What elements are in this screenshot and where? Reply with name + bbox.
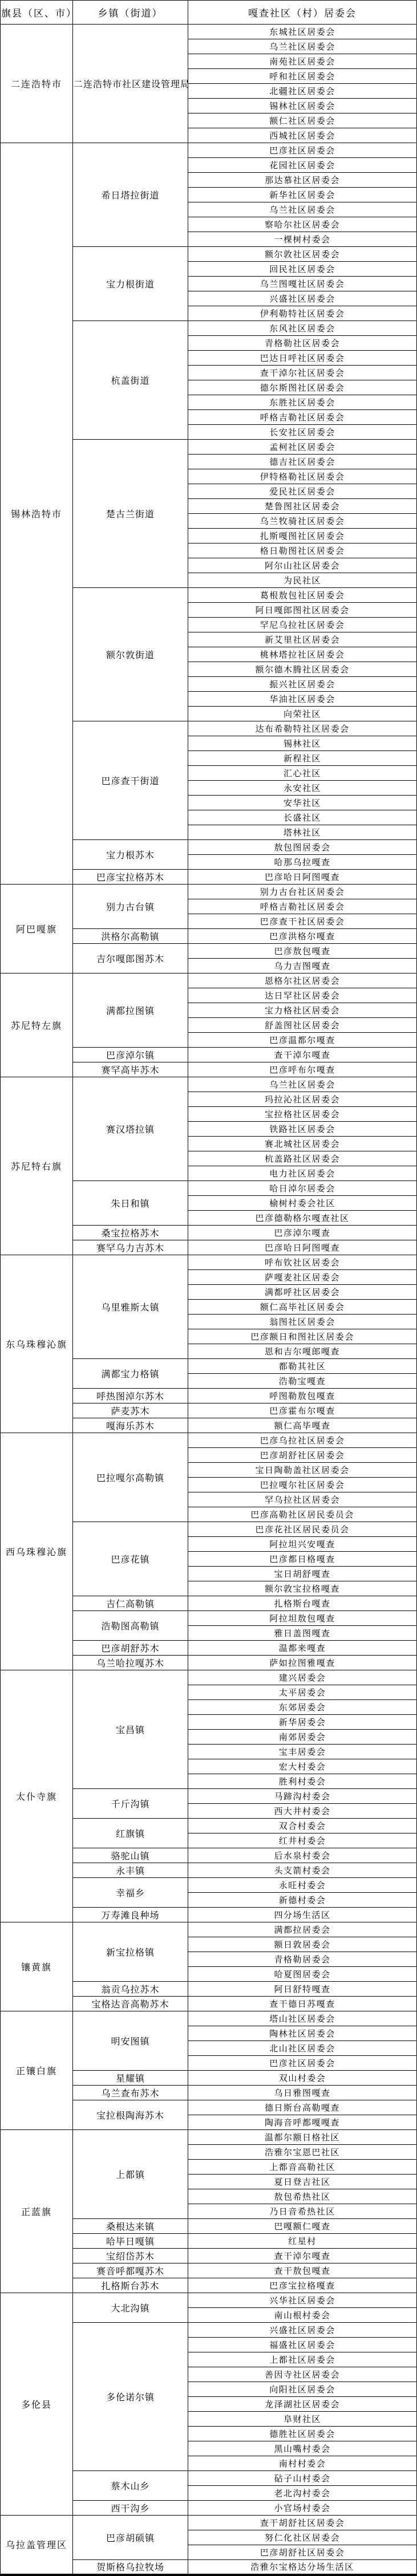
county-cell: 乌拉盖管理区: [1, 2516, 73, 2575]
township-cell: 乌兰哈拉嘎苏木: [73, 1656, 188, 1670]
community-cell: 阿日嘎郎图社区居委会: [188, 603, 417, 618]
county-cell: 阿巴嘎旗: [1, 885, 73, 973]
table-row: 苏尼特右旗赛汉塔拉镇乌兰社区居委会: [1, 1077, 417, 1092]
township-cell: 巴彦胡舒苏木: [73, 1641, 188, 1656]
community-cell: 锡林社区: [188, 736, 417, 751]
community-cell: 福盛社区居委会: [188, 2338, 417, 2352]
township-cell: 额尔敦街道: [73, 588, 188, 721]
community-cell: 巴嘎额仁嘎查: [188, 2219, 417, 2234]
community-cell: 向荣社区: [188, 707, 417, 721]
township-cell: 呼热图淖尔苏木: [73, 1389, 188, 1403]
community-cell: 巴彦敖包嘎查: [188, 944, 417, 959]
community-cell: 兴盛社区居委会: [188, 2323, 417, 2338]
community-cell: 巴彦德勒格尔嘎查社区: [188, 1211, 417, 1226]
table-body: 二连浩特市二连浩特市社区建设管理局东城社区居委会乌兰社区居委会南苑社区居委会呼和…: [1, 25, 417, 2575]
community-cell: 查干淖尔社区居委会: [188, 366, 417, 380]
community-cell: 伊利勒特社区居委会: [188, 306, 417, 321]
community-cell: 南村村委会: [188, 2456, 417, 2471]
community-cell: 巴彦胡舒社区居委会: [188, 1448, 417, 1463]
township-cell: 朱日和镇: [73, 1181, 188, 1226]
community-cell: 宝日胡舒嘎查: [188, 1567, 417, 1581]
township-cell: 巴彦宝拉格苏木: [73, 870, 188, 885]
community-cell: 查干胡舒社区居委会: [188, 2516, 417, 2530]
community-cell: 萨如拉图雅嘎查: [188, 1656, 417, 1670]
community-cell: 扎斯嘎图社区居委会: [188, 529, 417, 543]
community-cell: 乌兰社区居委会: [188, 1077, 417, 1092]
community-cell: 舒盖图社区居委会: [188, 1018, 417, 1033]
county-cell: 东乌珠穆沁旗: [1, 1255, 73, 1433]
community-cell: 塔林社区: [188, 825, 417, 840]
table-row: 二连浩特市二连浩特市社区建设管理局东城社区居委会: [1, 25, 417, 39]
community-cell: 乃日音希热社区: [188, 2204, 417, 2219]
community-cell: 巴彦温都尔嘎查: [188, 1033, 417, 1048]
township-cell: 宝力根街道: [73, 247, 188, 321]
township-cell: 二连浩特市社区建设管理局: [73, 25, 188, 143]
community-cell: 安华社区: [188, 796, 417, 810]
township-cell: 大北沟镇: [73, 2293, 188, 2323]
community-cell: 巴彦呼布尔嘎查: [188, 1062, 417, 1077]
township-cell: 巴彦淖尔镇: [73, 1048, 188, 1062]
community-cell: 浩勒宝嘎查: [188, 1374, 417, 1389]
table-row: 太仆寺旗宝昌镇建兴居委会: [1, 1670, 417, 1685]
table-header: 旗县（区、市） 乡镇（街道） 嘎查社区（村）居委会: [1, 1, 417, 25]
community-cell: 巴拉嘎尔社区居委会: [188, 1478, 417, 1492]
community-cell: 榆树村委会社区: [188, 1196, 417, 1211]
township-cell: 红旗镇: [73, 1819, 188, 1848]
township-cell: 宝昌镇: [73, 1670, 188, 1789]
community-cell: 翁图社区居委会: [188, 1315, 417, 1329]
community-cell: 浩雅尔宝格达分场生活区: [188, 2560, 417, 2575]
community-cell: 陶海音呼都嘎嘎查: [188, 2115, 417, 2130]
community-cell: 巴彦胡舒社区居委会: [188, 2545, 417, 2560]
county-cell: 镶黄旗: [1, 1922, 73, 2011]
table-row: 锡林浩特市希日塔拉街道巴彦社区居委会: [1, 143, 417, 158]
community-cell: 龙泽湖社区居委会: [188, 2397, 417, 2412]
community-cell: 永安社区: [188, 781, 417, 796]
header-row: 旗县（区、市） 乡镇（街道） 嘎查社区（村）居委会: [1, 1, 417, 25]
township-cell: 乌兰查布苏木: [73, 2086, 188, 2100]
community-cell: 南山根村委会: [188, 2308, 417, 2323]
community-cell: 乌兰社区居委会: [188, 39, 417, 54]
community-cell: 楚鲁图社区居委会: [188, 499, 417, 514]
township-cell: 吉仁高勒镇: [73, 1596, 188, 1611]
community-cell: 新程社区: [188, 751, 417, 766]
community-cell: 红井村委会: [188, 1833, 417, 1848]
township-cell: 贺斯格乌拉牧场: [73, 2560, 188, 2575]
community-cell: 呼和社区居委会: [188, 69, 417, 84]
township-cell: 希日塔拉街道: [73, 143, 188, 247]
table-row: 多伦县大北沟镇兴华社区居委会: [1, 2293, 417, 2308]
community-cell: 小官场村委会: [188, 2501, 417, 2516]
township-cell: 赛罕乌力吉苏木: [73, 1240, 188, 1255]
community-cell: 查干敖包嘎查: [188, 2263, 417, 2278]
community-cell: 东风社区居委会: [188, 321, 417, 336]
community-cell: 头支箭村委会: [188, 1863, 417, 1878]
community-cell: 青格勒居委会: [188, 1952, 417, 1967]
community-cell: 北山社区居委会: [188, 2041, 417, 2056]
community-cell: 上都音高勒社区: [188, 2160, 417, 2175]
township-cell: 巴彦胡硕镇: [73, 2516, 188, 2560]
community-cell: 向阳社区居委会: [188, 2382, 417, 2397]
community-cell: 葛根敖包社区居委会: [188, 588, 417, 603]
community-cell: 西大井村委会: [188, 1804, 417, 1819]
page: 旗县（区、市） 乡镇（街道） 嘎查社区（村）居委会 二连浩特市二连浩特市社区建设…: [0, 0, 417, 2576]
community-cell: 桃林塔拉社区居委会: [188, 647, 417, 662]
community-cell: 巴彦宝拉格嘎查: [188, 2278, 417, 2293]
community-cell: 巴彦花社区居民委员会: [188, 1522, 417, 1537]
township-cell: 巴彦查干街道: [73, 721, 188, 840]
community-cell: 乌兰社区居委会: [188, 202, 417, 217]
community-cell: 黑山嘴村委会: [188, 2441, 417, 2456]
community-cell: 兴盛社区居委会: [188, 291, 417, 306]
county-cell: 多伦县: [1, 2293, 73, 2516]
community-cell: 巴彦社区居委会: [188, 2056, 417, 2071]
community-cell: 兴华社区居委会: [188, 2293, 417, 2308]
community-cell: 伊特格勒社区居委会: [188, 469, 417, 484]
community-cell: 新德村委会: [188, 1893, 417, 1908]
community-cell: 宝日陶勒盖社区居委会: [188, 1463, 417, 1478]
community-cell: 哈夏图居委会: [188, 1967, 417, 1982]
township-cell: 乌里雅斯太镇: [73, 1255, 188, 1359]
community-cell: 德胜社区居委会: [188, 2427, 417, 2441]
community-cell: 陶林社区居委会: [188, 2026, 417, 2041]
header-county: 旗县（区、市）: [1, 1, 73, 25]
township-cell: 赛音呼都嘎苏木: [73, 2263, 188, 2278]
community-cell: 回民社区居委会: [188, 262, 417, 277]
community-cell: 锡林社区居委会: [188, 99, 417, 113]
community-cell: 杭盖路社区居委会: [188, 1151, 417, 1166]
township-cell: 永丰镇: [73, 1863, 188, 1878]
community-cell: 老北沟村委会: [188, 2486, 417, 2501]
community-cell: 马蹄沟村委会: [188, 1789, 417, 1804]
township-cell: 宝绍岱苏木: [73, 2249, 188, 2263]
table-row: 阿巴嘎旗别力古台镇别力古台社区居委会: [1, 885, 417, 899]
county-cell: 正镶白旗: [1, 2011, 73, 2130]
community-cell: 玛拉沁社区居委会: [188, 1092, 417, 1107]
community-cell: 满都拉居委会: [188, 1922, 417, 1937]
community-cell: 额日敦居委会: [188, 1937, 417, 1952]
community-cell: 阜财社区: [188, 2412, 417, 2427]
community-cell: 雅日盖图嘎查: [188, 1626, 417, 1641]
community-cell: 宝丰居委会: [188, 1745, 417, 1759]
county-cell: 苏尼特左旗: [1, 973, 73, 1077]
community-cell: 四分场生活区: [188, 1908, 417, 1922]
community-cell: 上都社区居委会: [188, 2352, 417, 2367]
community-cell: 爱民社区居委会: [188, 484, 417, 499]
community-cell: 赛北城社区居委会: [188, 1137, 417, 1151]
township-cell: 别力古台镇: [73, 885, 188, 929]
township-cell: 赛汉塔拉镇: [73, 1077, 188, 1181]
township-cell: 赛罕高毕苏木: [73, 1062, 188, 1077]
community-cell: 乌力吉图嘎查: [188, 959, 417, 973]
community-cell: 胜利村委会: [188, 1774, 417, 1789]
table-row: 镶黄旗新宝拉格镇满都拉居委会: [1, 1922, 417, 1937]
township-cell: 千斤沟镇: [73, 1789, 188, 1819]
township-cell: 上都镇: [73, 2130, 188, 2219]
community-cell: 巴彦哈日阿图嘎查: [188, 1240, 417, 1255]
township-cell: 哈毕日嘎镇: [73, 2234, 188, 2249]
township-cell: 蔡木山乡: [73, 2471, 188, 2501]
community-cell: 东郊居委会: [188, 1700, 417, 1715]
community-cell: 额尔德木腾社区居委会: [188, 662, 417, 677]
township-cell: 明安图镇: [73, 2011, 188, 2071]
community-cell: 汇心社区: [188, 766, 417, 781]
community-cell: 额仁社区居委会: [188, 113, 417, 128]
community-cell: 那达慕社区居委会: [188, 173, 417, 188]
community-cell: 恩和吉尔嘎郎嘎查: [188, 1344, 417, 1359]
community-cell: 宏大村委会: [188, 1759, 417, 1774]
community-cell: 敖包图居委会: [188, 840, 417, 855]
community-cell: 巴达日呼社区居委会: [188, 351, 417, 366]
community-cell: 温都来嘎查: [188, 1641, 417, 1656]
community-cell: 巴彦查干社区居委会: [188, 914, 417, 929]
community-cell: 呼格吉勒社区居委会: [188, 410, 417, 425]
community-cell: 浩雅尔宝恩巴社区: [188, 2145, 417, 2160]
community-cell: 太平居委会: [188, 1685, 417, 1700]
community-cell: 额仁高毕社区居委会: [188, 1300, 417, 1315]
community-cell: 长安社区居委会: [188, 425, 417, 440]
community-cell: 都勒其社区: [188, 1359, 417, 1374]
community-cell: 罕乌拉社区居委会: [188, 1492, 417, 1507]
community-cell: 孟柯社区居委会: [188, 440, 417, 455]
community-cell: 长盛社区: [188, 810, 417, 825]
community-cell: 达日罕社区居委会: [188, 988, 417, 1003]
table-row: 苏尼特左旗满都拉图镇恩格尔社区居委会: [1, 973, 417, 988]
community-cell: 巴彦淖尔嘎查: [188, 1226, 417, 1240]
township-cell: 桑宝拉格苏木: [73, 1226, 188, 1240]
community-cell: 花园社区居委会: [188, 158, 417, 173]
community-cell: 额尔敦宝拉格嘎查: [188, 1581, 417, 1596]
community-cell: 后水泉村委会: [188, 1848, 417, 1863]
township-cell: 扎格斯台苏木: [73, 2278, 188, 2293]
township-cell: 嘎海乐苏木: [73, 1418, 188, 1433]
community-cell: 巴彦额日和图社区居委会: [188, 1329, 417, 1344]
header-township: 乡镇（街道）: [73, 1, 188, 25]
table-row: 正蓝旗上都镇温都尔额日格社区: [1, 2130, 417, 2145]
community-cell: 乌兰图嘎社区居委会: [188, 277, 417, 291]
community-cell: 一棵树村委会: [188, 232, 417, 247]
county-cell: 锡林浩特市: [1, 143, 73, 885]
community-cell: 温都尔额日格社区: [188, 2130, 417, 2145]
community-cell: 德日斯台高勒嘎查: [188, 2100, 417, 2115]
township-cell: 宝力根苏木: [73, 840, 188, 870]
community-cell: 察哈尔社区居委会: [188, 217, 417, 232]
community-cell: 夏日登吉社区: [188, 2175, 417, 2189]
community-cell: 双合村委会: [188, 1819, 417, 1833]
community-cell: 哈日淖尔居委会: [188, 1181, 417, 1196]
township-cell: 西干沟乡: [73, 2501, 188, 2516]
community-cell: 华油社区居委会: [188, 692, 417, 707]
county-cell: 正蓝旗: [1, 2130, 73, 2293]
community-cell: 努仁化社区居委会: [188, 2530, 417, 2545]
township-cell: 新宝拉格镇: [73, 1922, 188, 1982]
community-cell: 达布希勒特社区居委会: [188, 721, 417, 736]
township-cell: 满都拉图镇: [73, 973, 188, 1048]
township-cell: 巴拉嘎尔高勒镇: [73, 1433, 188, 1522]
community-cell: 查干淖尔嘎查: [188, 1048, 417, 1062]
community-cell: 乌兰牧骑社区居委会: [188, 514, 417, 529]
table-row: 西乌珠穆沁旗巴拉嘎尔高勒镇巴彦乌拉社区居委会: [1, 1433, 417, 1448]
community-cell: 红星村: [188, 2234, 417, 2249]
community-cell: 宝拉格社区居委会: [188, 1107, 417, 1122]
community-cell: 哈那乌拉嘎查: [188, 855, 417, 870]
community-cell: 塔山社区居委会: [188, 2011, 417, 2026]
community-cell: 东胜社区居委会: [188, 395, 417, 410]
community-cell: 查干德日苏嘎查: [188, 1997, 417, 2011]
community-cell: 建兴居委会: [188, 1670, 417, 1685]
community-cell: 德尔斯图社区居委会: [188, 380, 417, 395]
community-cell: 德吉社区居委会: [188, 455, 417, 469]
community-cell: 宝力格社区居委会: [188, 1003, 417, 1018]
community-cell: 青格勒社区居委会: [188, 336, 417, 351]
township-cell: 骆驼山镇: [73, 1848, 188, 1863]
township-cell: 多伦诺尔镇: [73, 2323, 188, 2471]
community-cell: 萨嘎麦社区居委会: [188, 1270, 417, 1285]
community-cell: 乌日雅图嘎查: [188, 2086, 417, 2100]
community-cell: 阿拉坦兴安嘎查: [188, 1537, 417, 1552]
community-cell: 别力古台社区居委会: [188, 885, 417, 899]
community-cell: 阿尔山社区居委会: [188, 558, 417, 573]
township-cell: 幸福乡: [73, 1878, 188, 1908]
community-cell: 额尔敦社区居委会: [188, 247, 417, 262]
township-cell: 翁贡乌拉苏木: [73, 1982, 188, 1997]
table-row: 东乌珠穆沁旗乌里雅斯太镇呼布钦社区居委会: [1, 1255, 417, 1270]
community-cell: 永旺村委会: [188, 1878, 417, 1893]
community-cell: 巴彦社区居委会: [188, 143, 417, 158]
township-cell: 楚古兰街道: [73, 440, 188, 588]
community-cell: 巴彦乌拉社区居委会: [188, 1433, 417, 1448]
table-row: 乌拉盖管理区巴彦胡硕镇查干胡舒社区居委会: [1, 2516, 417, 2530]
township-cell: 洪格尔高勒镇: [73, 929, 188, 944]
community-cell: 为民社区: [188, 573, 417, 588]
community-cell: 巴彦洪格尔嘎查: [188, 929, 417, 944]
community-cell: 格日勒图社区居委会: [188, 543, 417, 558]
community-cell: 新华社区居委会: [188, 188, 417, 202]
township-cell: 吉尔嘎郎图苏木: [73, 944, 188, 973]
community-cell: 善因寺社区居委会: [188, 2367, 417, 2382]
table-row: 正镶白旗明安图镇塔山社区居委会: [1, 2011, 417, 2026]
community-cell: 呼图勒敖包嘎查: [188, 1389, 417, 1403]
township-cell: 宝拉根陶海苏木: [73, 2100, 188, 2130]
community-cell: 阿拉坦敖包嘎查: [188, 1611, 417, 1626]
township-cell: 萨麦苏木: [73, 1403, 188, 1418]
community-cell: 呼布钦社区居委会: [188, 1255, 417, 1270]
county-cell: 西乌珠穆沁旗: [1, 1433, 73, 1670]
community-cell: 南郊居委会: [188, 1730, 417, 1745]
community-cell: 双山村委会: [188, 2071, 417, 2086]
township-cell: 桑根达来镇: [73, 2219, 188, 2234]
community-cell: 罕尼乌拉社区居委会: [188, 618, 417, 632]
county-cell: 太仆寺旗: [1, 1670, 73, 1922]
community-cell: 巴彦都日格嘎查: [188, 1552, 417, 1567]
county-cell: 苏尼特右旗: [1, 1077, 73, 1255]
community-cell: 砧子山村委会: [188, 2471, 417, 2486]
community-cell: 恩格尔社区居委会: [188, 973, 417, 988]
community-cell: 东城社区居委会: [188, 25, 417, 39]
township-cell: 浩勒图高勒镇: [73, 1611, 188, 1641]
township-cell: 万寿滩良种场: [73, 1908, 188, 1922]
township-cell: 星耀镇: [73, 2071, 188, 2086]
community-cell: 新艾里社区居委会: [188, 632, 417, 647]
community-cell: 阿日舒特嘎查: [188, 1982, 417, 1997]
county-cell: 二连浩特市: [1, 25, 73, 143]
admin-divisions-table: 旗县（区、市） 乡镇（街道） 嘎查社区（村）居委会 二连浩特市二连浩特市社区建设…: [0, 0, 417, 2576]
header-community: 嘎查社区（村）居委会: [188, 1, 417, 25]
community-cell: 呼格吉勒社区居委会: [188, 899, 417, 914]
community-cell: 电力社区居委会: [188, 1166, 417, 1181]
community-cell: 额仁高毕嘎查: [188, 1418, 417, 1433]
community-cell: 振兴社区居委会: [188, 677, 417, 692]
community-cell: 南苑社区居委会: [188, 54, 417, 69]
community-cell: 查干淖尔嘎查: [188, 2249, 417, 2263]
township-cell: 满都宝力格镇: [73, 1359, 188, 1389]
community-cell: 巴彦哈日阿图嘎查: [188, 870, 417, 885]
community-cell: 满都呼社区居委会: [188, 1285, 417, 1300]
community-cell: 巴彦霍布尔嘎查: [188, 1403, 417, 1418]
community-cell: 新华居委会: [188, 1715, 417, 1730]
township-cell: 宝格达音高勒苏木: [73, 1997, 188, 2011]
community-cell: 铁路社区居委会: [188, 1122, 417, 1137]
township-cell: 巴彦花镇: [73, 1522, 188, 1596]
township-cell: 杭盖街道: [73, 321, 188, 440]
community-cell: 西城社区居委会: [188, 128, 417, 143]
community-cell: 敖包希热社区: [188, 2189, 417, 2204]
community-cell: 北疆社区居委会: [188, 84, 417, 99]
community-cell: 扎格斯台嘎查: [188, 1596, 417, 1611]
community-cell: 巴彦高勒社区居民委员会: [188, 1507, 417, 1522]
